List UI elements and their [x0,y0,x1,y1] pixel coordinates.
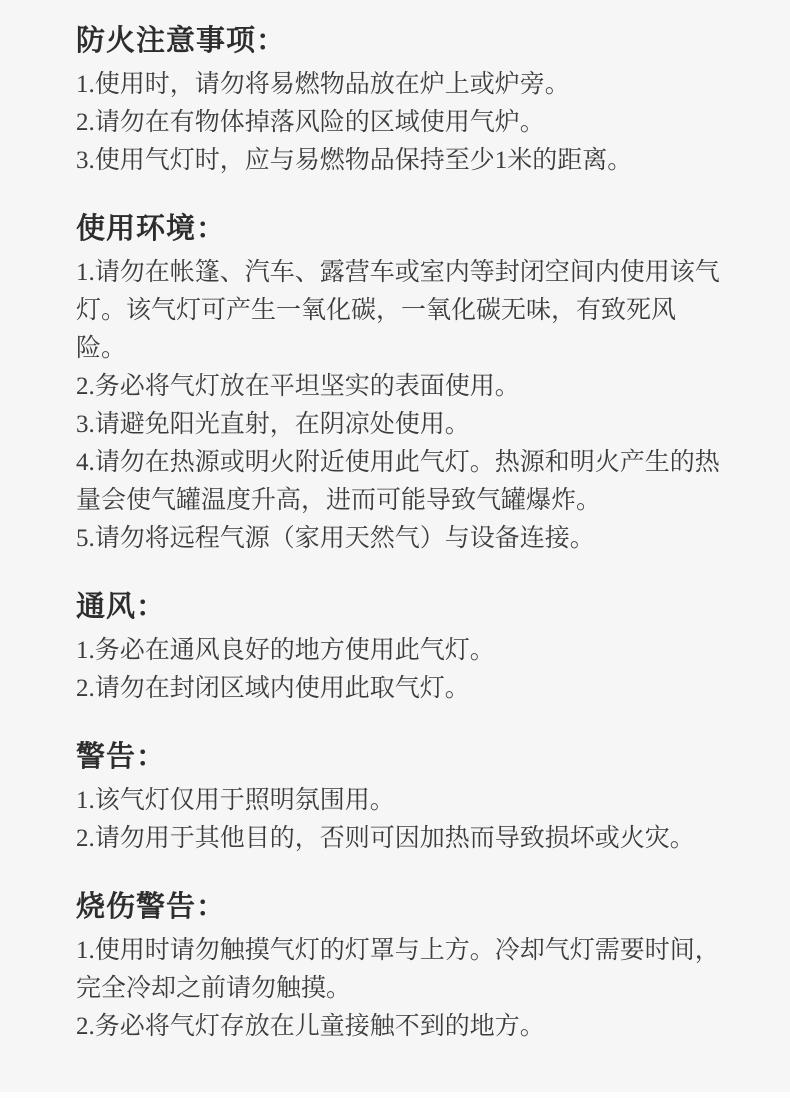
burn-warning-item-2: 2.务必将气灯存放在儿童接触不到的地方。 [76,1008,720,1046]
fire-precaution-item-2: 2.请勿在有物体掉落风险的区域使用气炉。 [76,104,720,142]
safety-instructions-document: 防火注意事项： 1.使用时，请勿将易燃物品放在炉上或炉旁。 2.请勿在有物体掉落… [0,0,790,1046]
ventilation-item-1: 1.务必在通风良好的地方使用此气灯。 [76,632,720,670]
usage-environment-item-4: 4.请勿在热源或明火附近使用此气灯。热源和明火产生的热量会使气罐温度升高，进而可… [76,444,720,520]
page-bottom-edge [0,1092,790,1098]
usage-environment-item-1: 1.请勿在帐篷、汽车、露营车或室内等封闭空间内使用该气灯。该气灯可产生一氧化碳，… [76,254,720,368]
warning-item-2: 2.请勿用于其他目的，否则可因加热而导致损坏或火灾。 [76,820,720,858]
section-warning: 警告： 1.该气灯仅用于照明氛围用。 2.请勿用于其他目的，否则可因加热而导致损… [76,742,720,858]
burn-warning-item-1: 1.使用时请勿触摸气灯的灯罩与上方。冷却气灯需要时间，完全冷却之前请勿触摸。 [76,932,720,1008]
ventilation-item-2: 2.请勿在封闭区域内使用此取气灯。 [76,670,720,708]
usage-environment-item-5: 5.请勿将远程气源（家用天然气）与设备连接。 [76,520,720,558]
section-fire-precautions-heading: 防火注意事项： [76,26,720,56]
safety-manual-page: { "colors": { "page_background": "#f6f6f… [0,0,790,1098]
section-warning-heading: 警告： [76,742,720,772]
section-usage-environment-heading: 使用环境： [76,214,720,244]
section-ventilation-heading: 通风： [76,592,720,622]
section-burn-warning-heading: 烧伤警告： [76,892,720,922]
fire-precaution-item-3: 3.使用气灯时，应与易燃物品保持至少1米的距离。 [76,142,720,180]
section-fire-precautions: 防火注意事项： 1.使用时，请勿将易燃物品放在炉上或炉旁。 2.请勿在有物体掉落… [76,26,720,180]
usage-environment-item-3: 3.请避免阳光直射，在阴凉处使用。 [76,406,720,444]
section-ventilation: 通风： 1.务必在通风良好的地方使用此气灯。 2.请勿在封闭区域内使用此取气灯。 [76,592,720,708]
section-usage-environment: 使用环境： 1.请勿在帐篷、汽车、露营车或室内等封闭空间内使用该气灯。该气灯可产… [76,214,720,558]
warning-item-1: 1.该气灯仅用于照明氛围用。 [76,782,720,820]
fire-precaution-item-1: 1.使用时，请勿将易燃物品放在炉上或炉旁。 [76,66,720,104]
usage-environment-item-2: 2.务必将气灯放在平坦坚实的表面使用。 [76,368,720,406]
section-burn-warning: 烧伤警告： 1.使用时请勿触摸气灯的灯罩与上方。冷却气灯需要时间，完全冷却之前请… [76,892,720,1046]
